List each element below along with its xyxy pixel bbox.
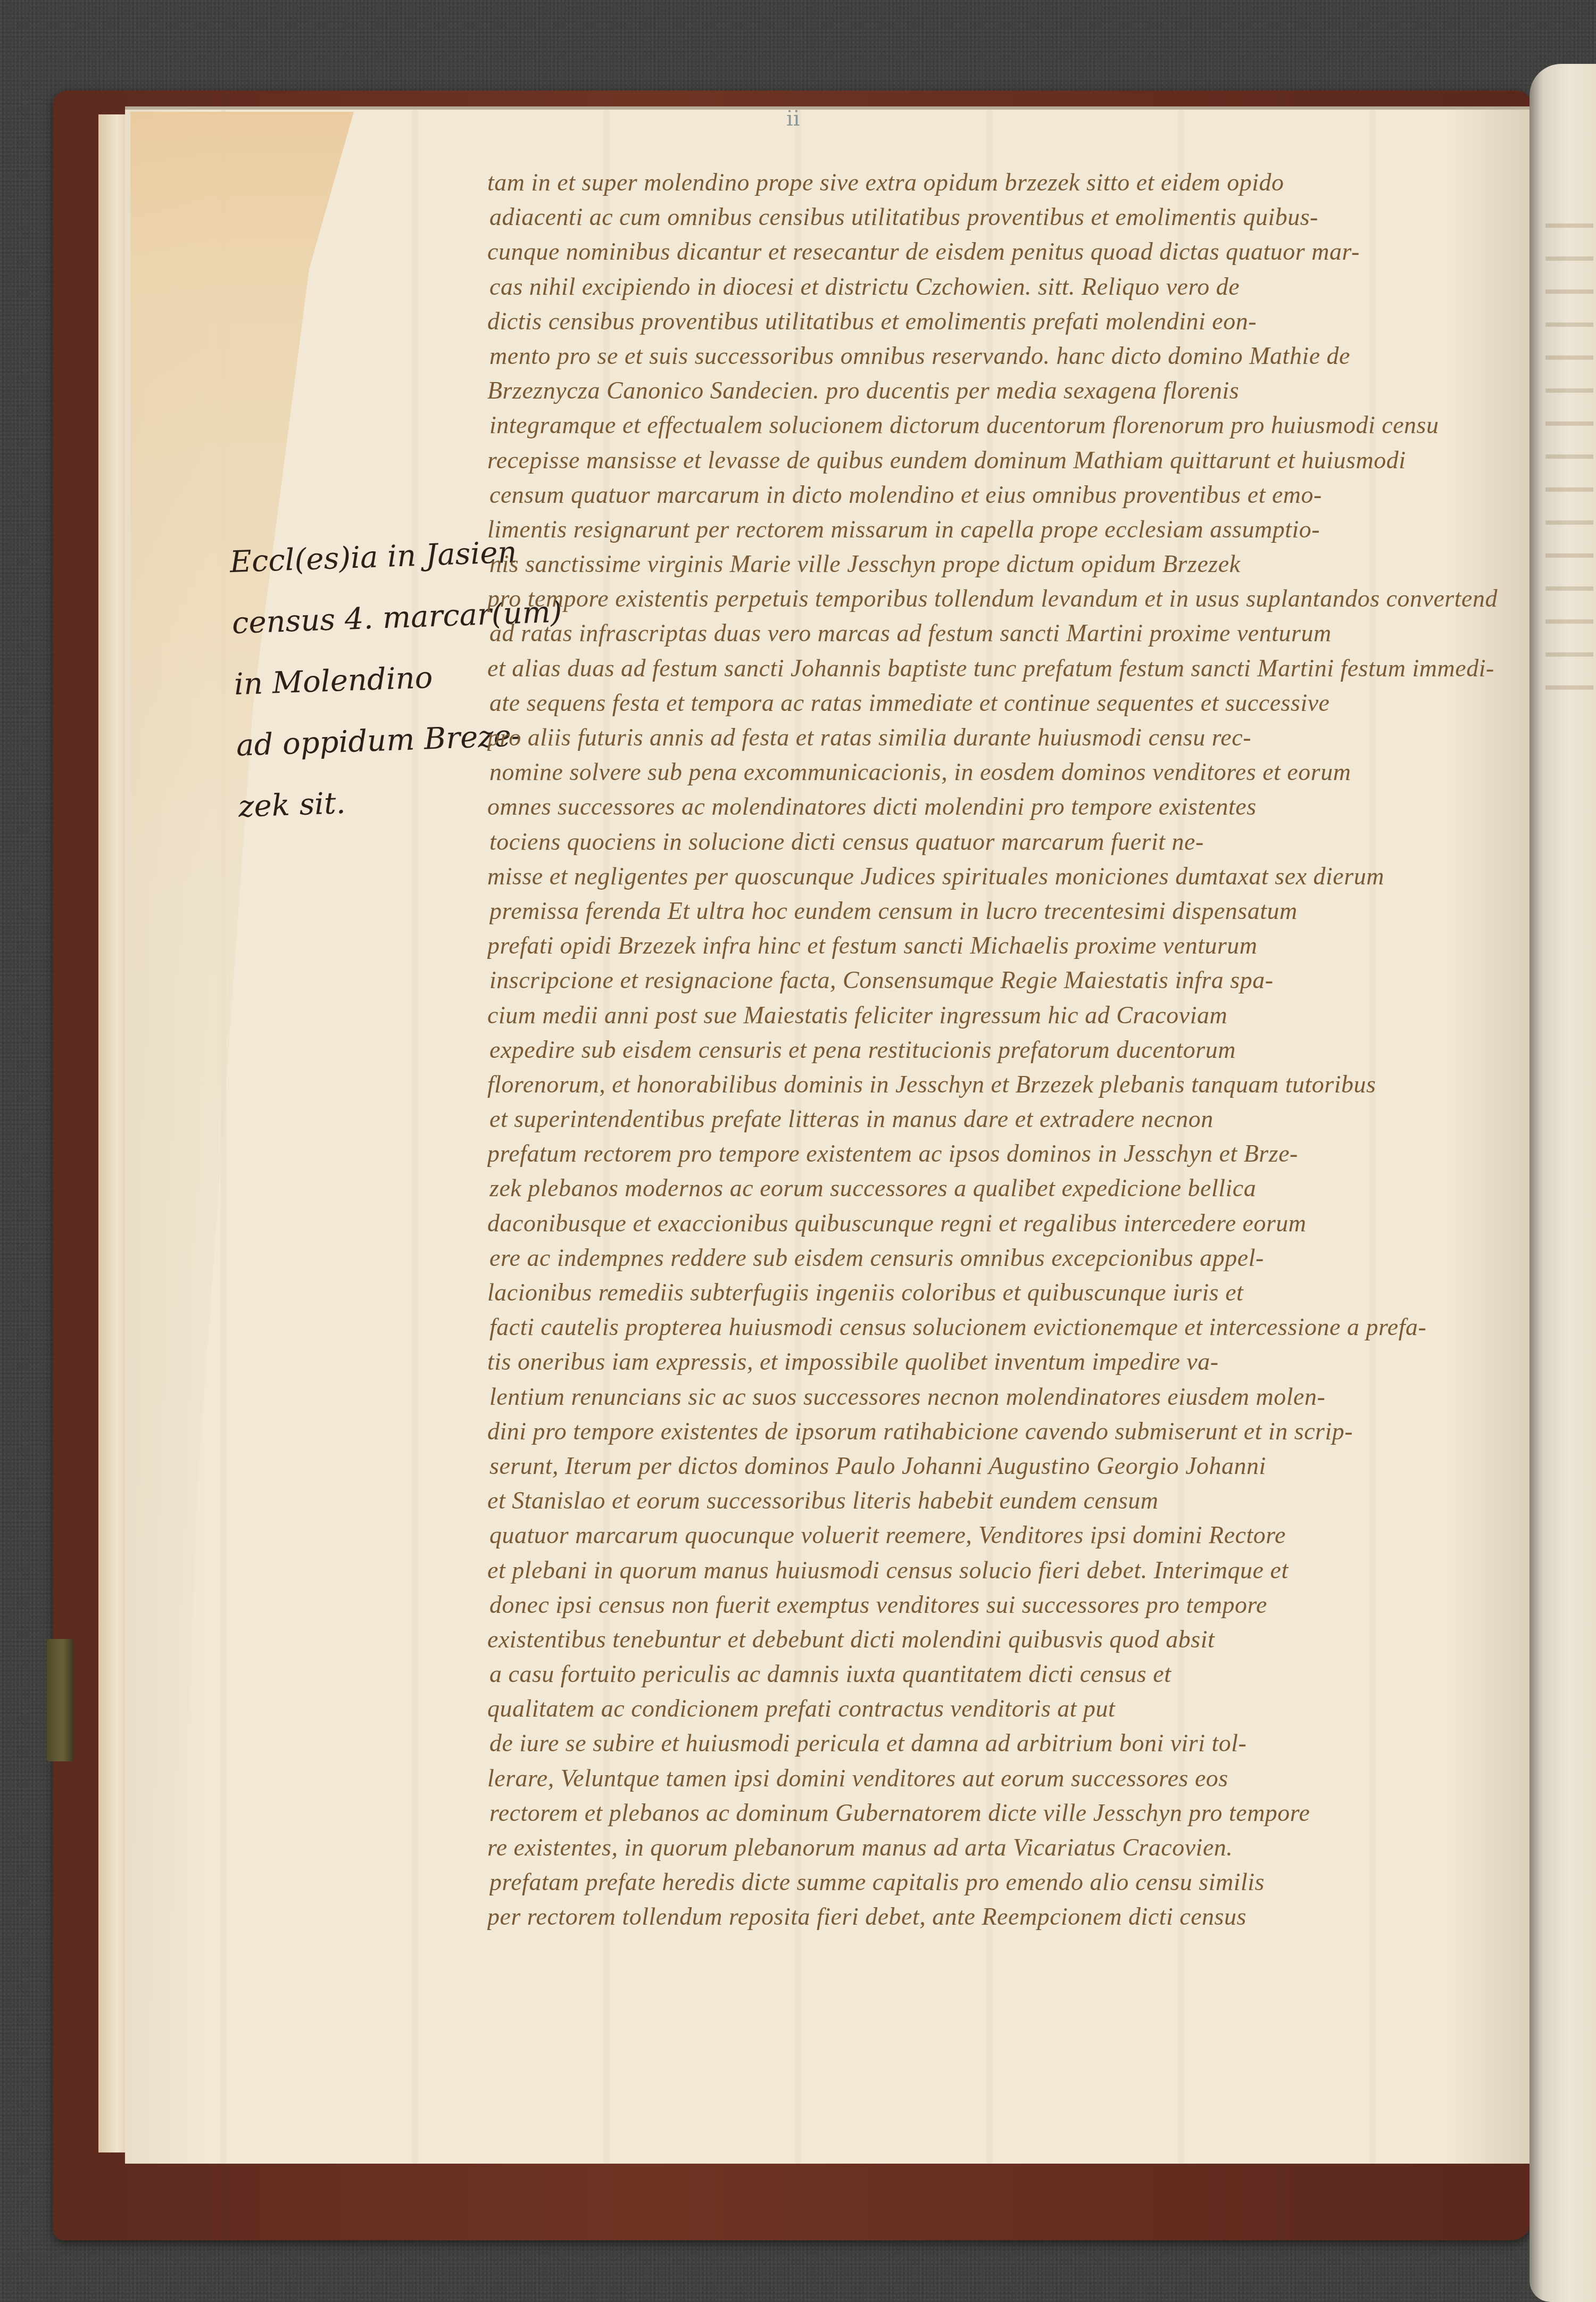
text-line: misse et negligentes per quoscunque Judi…	[487, 859, 1498, 893]
text-line: lacionibus remediis subterfugiis ingenii…	[487, 1275, 1498, 1310]
text-line: expedire sub eisdem censuris et pena res…	[489, 1032, 1500, 1067]
text-line: nomine solvere sub pena excommunicacioni…	[489, 755, 1500, 789]
text-line: cium medii anni post sue Maiestatis feli…	[487, 998, 1498, 1032]
text-line: prefatam prefate heredis dicte summe cap…	[489, 1865, 1500, 1899]
text-line: pro tempore existentis perpetuis tempori…	[487, 581, 1498, 616]
text-line: per rectorem tollendum reposita fieri de…	[487, 1899, 1498, 1934]
text-line: et Stanislao et eorum successoribus lite…	[487, 1483, 1498, 1518]
text-line: dini pro tempore existentes de ipsorum r…	[487, 1414, 1498, 1448]
text-line: prefatum rectorem pro tempore existentem…	[487, 1136, 1498, 1171]
main-text-block: tam in et super molendino prope sive ext…	[489, 165, 1500, 1934]
brass-clasp	[47, 1639, 73, 1761]
folio-mark: ii	[786, 106, 813, 144]
text-line: de iure se subire et huiusmodi pericula …	[489, 1726, 1500, 1760]
text-line: integramque et effectualem solucionem di…	[489, 408, 1500, 442]
text-line: daconibusque et exaccionibus quibuscunqu…	[487, 1206, 1498, 1240]
text-line: recepisse mansisse et levasse de quibus …	[487, 443, 1498, 477]
text-line: Brzeznycza Canonico Sandecien. pro ducen…	[487, 373, 1498, 408]
text-line: cunque nominibus dicantur et resecantur …	[487, 234, 1498, 269]
text-line: tam in et super molendino prope sive ext…	[487, 165, 1498, 200]
text-line: et plebani in quorum manus huiusmodi cen…	[487, 1553, 1498, 1587]
margin-note-line: in Molendino	[233, 644, 512, 715]
text-line: facti cautelis propterea huiusmodi censu…	[489, 1310, 1500, 1344]
facing-page-edge	[1529, 64, 1596, 2302]
text-line: tis oneribus iam expressis, et impossibi…	[487, 1344, 1498, 1379]
text-line: limentis resignarunt per rectorem missar…	[487, 512, 1498, 546]
margin-note-line: zek sit.	[237, 767, 516, 838]
text-line: rectorem et plebanos ac dominum Gubernat…	[489, 1795, 1500, 1830]
text-line: a casu fortuito periculis ac damnis iuxt…	[489, 1657, 1500, 1691]
margin-note-line: ad oppidum Breze-	[235, 706, 514, 776]
text-line: dictis censibus proventibus utilitatibus…	[487, 304, 1498, 338]
text-line: nis sanctissime virginis Marie ville Jes…	[489, 546, 1500, 581]
text-line: omnes successores ac molendinatores dict…	[487, 789, 1498, 824]
text-line: ate sequens festa et tempora ac ratas im…	[489, 685, 1500, 720]
text-line: et superintendentibus prefate litteras i…	[489, 1102, 1500, 1136]
margin-note-line: census 4. marcar(um)	[231, 583, 510, 654]
text-line: inscripcione et resignacione facta, Cons…	[489, 963, 1500, 997]
text-line: florenorum, et honorabilibus dominis in …	[487, 1067, 1498, 1102]
text-line: prefati opidi Brzezek infra hinc et fest…	[487, 928, 1498, 963]
margin-note: Eccl(es)ia in Jasien census 4. marcar(um…	[229, 522, 516, 838]
text-line: quatuor marcarum quocunque voluerit reem…	[489, 1518, 1500, 1552]
text-line: lerare, Veluntque tamen ipsi domini vend…	[487, 1761, 1498, 1795]
text-line: zek plebanos modernos ac eorum successor…	[489, 1171, 1500, 1205]
text-line: donec ipsi census non fuerit exemptus ve…	[489, 1587, 1500, 1622]
text-line: lentium renuncians sic ac suos successor…	[489, 1379, 1500, 1414]
margin-note-line: Eccl(es)ia in Jasien	[229, 522, 508, 593]
text-line: tociens quociens in solucione dicti cens…	[489, 824, 1500, 859]
text-line: ad ratas infrascriptas duas vero marcas …	[489, 616, 1500, 650]
text-line: mento pro se et suis successoribus omnib…	[489, 338, 1500, 373]
text-line: et alias duas ad festum sancti Johannis …	[487, 651, 1498, 685]
text-line: pro aliis futuris annis ad festa et rata…	[487, 720, 1498, 755]
text-line: adiacenti ac cum omnibus censibus utilit…	[489, 200, 1500, 234]
text-line: premissa ferenda Et ultra hoc eundem cen…	[489, 893, 1500, 928]
bleed-through-text	[1545, 223, 1593, 702]
text-line: existentibus tenebuntur et debebunt dict…	[487, 1622, 1498, 1657]
text-line: censum quatuor marcarum in dicto molendi…	[489, 477, 1500, 512]
text-line: re existentes, in quorum plebanorum manu…	[487, 1830, 1498, 1865]
text-line: cas nihil excipiendo in diocesi et distr…	[489, 269, 1500, 304]
text-line: serunt, Iterum per dictos dominos Paulo …	[489, 1448, 1500, 1483]
text-line: qualitatem ac condicionem prefati contra…	[487, 1691, 1498, 1726]
text-line: ere ac indempnes reddere sub eisdem cens…	[489, 1240, 1500, 1275]
